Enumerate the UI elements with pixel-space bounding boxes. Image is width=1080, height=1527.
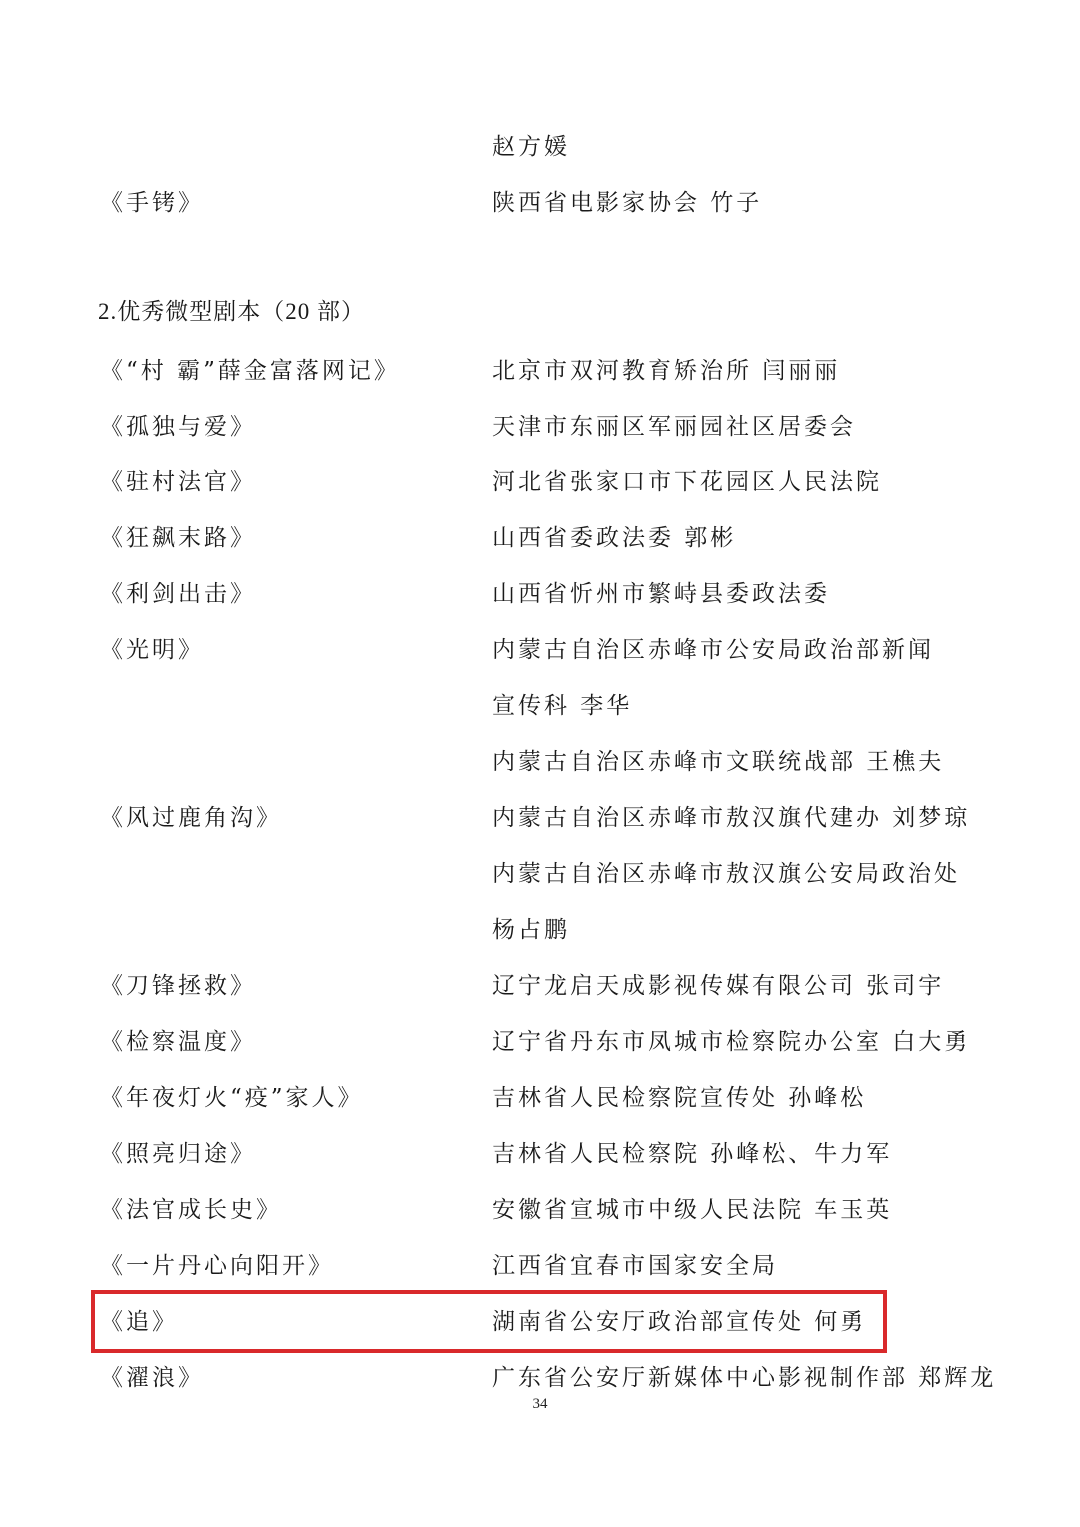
work-author-org: 天津市东丽区军丽园社区居委会: [492, 407, 856, 447]
work-title: 《法官成长史》: [100, 1190, 282, 1230]
work-author-org: 辽宁龙启天成影视传媒有限公司 张司宇: [492, 966, 944, 1006]
work-title: 《濯浪》: [100, 1358, 204, 1398]
work-title: 《利剑出击》: [100, 574, 256, 614]
work-title: 《一片丹心向阳开》: [100, 1246, 334, 1286]
work-author-org: 内蒙古自治区赤峰市文联统战部 王樵夫: [492, 742, 944, 782]
list-item: 内蒙古自治区赤峰市文联统战部 王樵夫: [0, 742, 1080, 782]
work-author-org: 江西省宜春市国家安全局: [492, 1246, 778, 1286]
work-title: 《狂飙末路》: [100, 518, 256, 558]
list-item: 《手铐》 陕西省电影家协会 竹子: [0, 183, 1080, 223]
list-item: 《狂飙末路》 山西省委政法委 郭彬: [0, 518, 1080, 558]
work-author-org: 山西省忻州市繁峙县委政法委: [492, 574, 830, 614]
work-author-org: 北京市双河教育矫治所 闫丽丽: [492, 351, 840, 391]
work-title: 《年夜灯火“疫”家人》: [100, 1078, 364, 1118]
list-item: 《检察温度》 辽宁省丹东市凤城市检察院办公室 白大勇: [0, 1022, 1080, 1062]
work-title: 《追》: [100, 1302, 178, 1342]
list-item: 《刀锋拯救》 辽宁龙启天成影视传媒有限公司 张司宇: [0, 966, 1080, 1006]
section-heading: 2.优秀微型剧本（20 部）: [98, 292, 365, 332]
work-author-org: 吉林省人民检察院 孙峰松、牛力军: [492, 1134, 892, 1174]
list-item: 赵方媛: [0, 127, 1080, 167]
work-author-org: 内蒙古自治区赤峰市敖汉旗代建办 刘梦琼: [492, 798, 970, 838]
list-item: 《光明》 内蒙古自治区赤峰市公安局政治部新闻: [0, 630, 1080, 670]
page-number: 34: [0, 1396, 1080, 1413]
work-author-org: 辽宁省丹东市凤城市检察院办公室 白大勇: [492, 1022, 970, 1062]
work-author-org: 安徽省宣城市中级人民法院 车玉英: [492, 1190, 892, 1230]
work-author-org: 广东省公安厅新媒体中心影视制作部 郑辉龙: [492, 1358, 996, 1398]
list-item: 《风过鹿角沟》 内蒙古自治区赤峰市敖汉旗代建办 刘梦琼: [0, 798, 1080, 838]
work-title: 《手铐》: [100, 183, 204, 223]
work-title: 《“村 霸”薛金富落网记》: [100, 351, 400, 391]
list-item: 《一片丹心向阳开》 江西省宜春市国家安全局: [0, 1246, 1080, 1286]
list-item: 内蒙古自治区赤峰市敖汉旗公安局政治处: [0, 854, 1080, 894]
work-title: 《孤独与爱》: [100, 407, 256, 447]
list-item: 杨占鹏: [0, 910, 1080, 950]
work-author-org: 山西省委政法委 郭彬: [492, 518, 736, 558]
document-page: 赵方媛 《手铐》 陕西省电影家协会 竹子 2.优秀微型剧本（20 部） 《“村 …: [0, 0, 1080, 1527]
list-item: 《照亮归途》 吉林省人民检察院 孙峰松、牛力军: [0, 1134, 1080, 1174]
work-author-org: 内蒙古自治区赤峰市敖汉旗公安局政治处: [492, 854, 960, 894]
work-title: 《照亮归途》: [100, 1134, 256, 1174]
work-author-org: 赵方媛: [492, 127, 570, 167]
list-item-highlighted: 《追》 湖南省公安厅政治部宣传处 何勇: [0, 1302, 1080, 1342]
work-title: 《光明》: [100, 630, 204, 670]
list-item: 《驻村法官》 河北省张家口市下花园区人民法院: [0, 462, 1080, 502]
work-author-org: 河北省张家口市下花园区人民法院: [492, 462, 882, 502]
list-item: 《法官成长史》 安徽省宣城市中级人民法院 车玉英: [0, 1190, 1080, 1230]
list-item: 宣传科 李华: [0, 686, 1080, 726]
list-item: 《年夜灯火“疫”家人》 吉林省人民检察院宣传处 孙峰松: [0, 1078, 1080, 1118]
list-item: 《“村 霸”薛金富落网记》 北京市双河教育矫治所 闫丽丽: [0, 351, 1080, 391]
list-item: 《孤独与爱》 天津市东丽区军丽园社区居委会: [0, 407, 1080, 447]
list-item: 《利剑出击》 山西省忻州市繁峙县委政法委: [0, 574, 1080, 614]
work-author-org: 杨占鹏: [492, 910, 570, 950]
work-author-org: 湖南省公安厅政治部宣传处 何勇: [492, 1302, 866, 1342]
list-item: 《濯浪》 广东省公安厅新媒体中心影视制作部 郑辉龙: [0, 1358, 1080, 1398]
work-title: 《风过鹿角沟》: [100, 798, 282, 838]
work-title: 《驻村法官》: [100, 462, 256, 502]
work-author-org: 陕西省电影家协会 竹子: [492, 183, 762, 223]
work-title: 《刀锋拯救》: [100, 966, 256, 1006]
work-author-org: 吉林省人民检察院宣传处 孙峰松: [492, 1078, 866, 1118]
work-title: 《检察温度》: [100, 1022, 256, 1062]
work-author-org: 内蒙古自治区赤峰市公安局政治部新闻: [492, 630, 934, 670]
work-author-org: 宣传科 李华: [492, 686, 632, 726]
